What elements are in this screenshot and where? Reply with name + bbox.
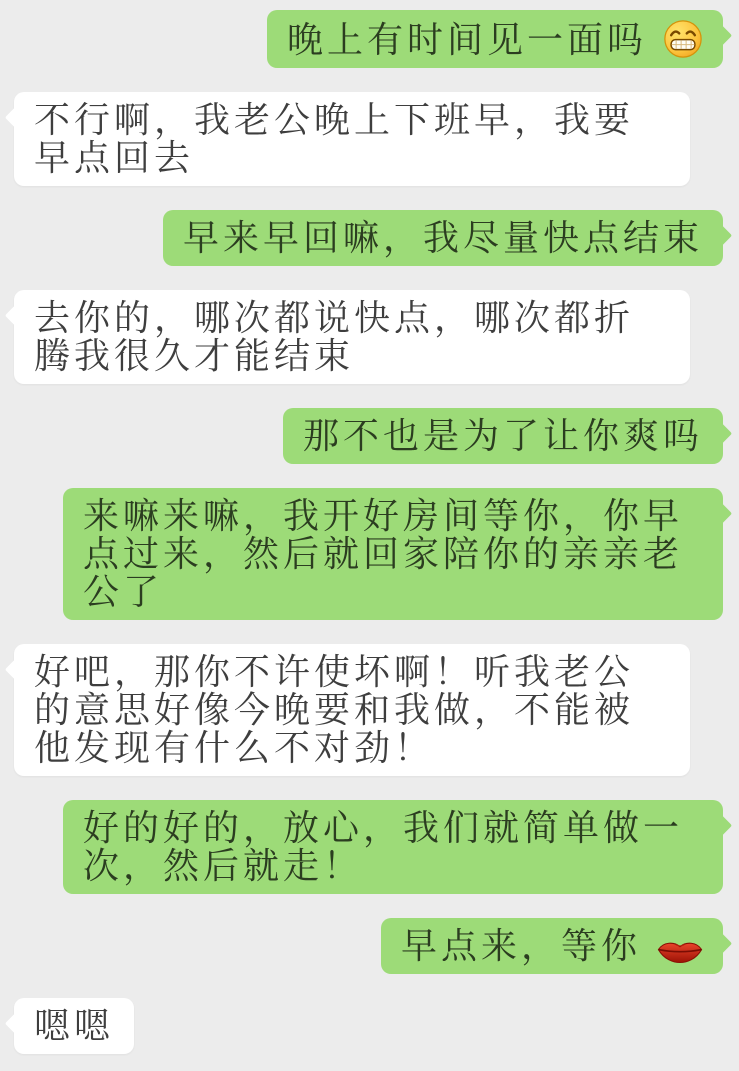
message-text: 去你的，哪次都说快点，哪次都折腾我很久才能结束 [34, 297, 634, 376]
message-text: 来嘛来嘛，我开好房间等你，你早点过来，然后就回家陪你的亲亲老公了 [83, 495, 683, 612]
chat-bubble[interactable]: 早点来，等你 [381, 918, 723, 974]
message-row-outgoing: 早来早回嘛，我尽量快点结束 [14, 210, 723, 266]
bubble-tail [5, 107, 26, 128]
bubble-tail [711, 25, 732, 46]
chat-bubble[interactable]: 来嘛来嘛，我开好房间等你，你早点过来，然后就回家陪你的亲亲老公了 [63, 488, 723, 620]
chat-bubble[interactable]: 好吧，那你不许使坏啊！听我老公的意思好像今晚要和我做，不能被他发现有什么不对劲！ [14, 644, 690, 776]
message-row-outgoing: 早点来，等你 [14, 918, 723, 974]
message-text: 好的好的，放心，我们就简单做一次，然后就走！ [83, 807, 683, 886]
grin-teeth-emoji [663, 19, 703, 59]
message-row-outgoing: 来嘛来嘛，我开好房间等你，你早点过来，然后就回家陪你的亲亲老公了 [14, 488, 723, 620]
bubble-tail [5, 659, 26, 680]
chat-bubble[interactable]: 晚上有时间见一面吗 [267, 10, 723, 68]
message-row-incoming: 嗯嗯 [14, 998, 723, 1054]
chat-canvas: 晚上有时间见一面吗 不行啊，我老公晚上下班早，我要早点回去 早来早回嘛，我尽量快… [0, 0, 739, 1071]
message-text: 早点来，等你 [401, 925, 641, 966]
message-row-incoming: 不行啊，我老公晚上下班早，我要早点回去 [14, 92, 723, 186]
chat-bubble[interactable]: 早来早回嘛，我尽量快点结束 [163, 210, 723, 266]
message-text: 嗯嗯 [34, 1005, 114, 1046]
bubble-tail [5, 305, 26, 326]
message-row-outgoing: 那不也是为了让你爽吗 [14, 408, 723, 464]
red-lips-emoji [657, 937, 703, 965]
chat-bubble[interactable]: 那不也是为了让你爽吗 [283, 408, 723, 464]
message-row-incoming: 去你的，哪次都说快点，哪次都折腾我很久才能结束 [14, 290, 723, 384]
chat-bubble[interactable]: 去你的，哪次都说快点，哪次都折腾我很久才能结束 [14, 290, 690, 384]
chat-bubble[interactable]: 不行啊，我老公晚上下班早，我要早点回去 [14, 92, 690, 186]
bubble-tail [711, 225, 732, 246]
message-text: 晚上有时间见一面吗 [287, 19, 647, 60]
bubble-tail [711, 423, 732, 444]
bubble-tail [711, 815, 732, 836]
chat-bubble[interactable]: 好的好的，放心，我们就简单做一次，然后就走！ [63, 800, 723, 894]
bubble-tail [711, 933, 732, 954]
message-row-incoming: 好吧，那你不许使坏啊！听我老公的意思好像今晚要和我做，不能被他发现有什么不对劲！ [14, 644, 723, 776]
message-text: 早来早回嘛，我尽量快点结束 [183, 217, 703, 258]
message-text: 好吧，那你不许使坏啊！听我老公的意思好像今晚要和我做，不能被他发现有什么不对劲！ [34, 651, 634, 768]
message-text: 不行啊，我老公晚上下班早，我要早点回去 [34, 99, 634, 178]
bubble-tail [5, 1013, 26, 1034]
message-row-outgoing: 好的好的，放心，我们就简单做一次，然后就走！ [14, 800, 723, 894]
message-text: 那不也是为了让你爽吗 [303, 415, 703, 456]
chat-bubble[interactable]: 嗯嗯 [14, 998, 134, 1054]
bubble-tail [711, 503, 732, 524]
message-row-outgoing: 晚上有时间见一面吗 [14, 10, 723, 68]
